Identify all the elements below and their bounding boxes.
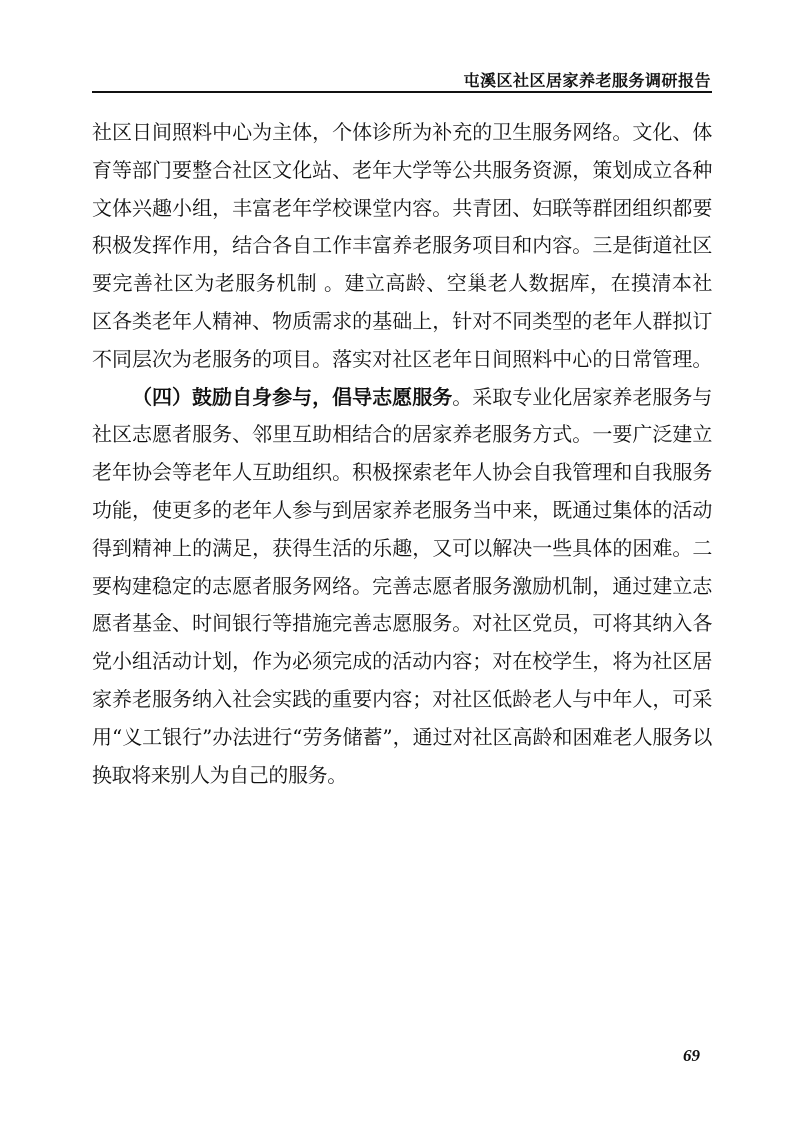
section-heading-line: （四）鼓励自身参与，倡导志愿服务。采取专业化居家养老服务与 [92,379,712,417]
text-line: 换取将来别人为自己的服务。 [92,757,712,795]
text-line: 功能，使更多的老年人参与到居家养老服务当中来，既通过集体的活动 [92,492,712,530]
heading-line-rest: 。采取专业化居家养老服务与 [452,385,712,409]
text-line: 得到精神上的满足，获得生活的乐趣，又可以解决一些具体的困难。二 [92,530,712,568]
text-line: 愿者基金、时间银行等措施完善志愿服务。对社区党员，可将其纳入各 [92,605,712,643]
text-line: 不同层次为老服务的项目。落实对社区老年日间照料中心的日常管理。 [92,341,712,379]
text-line: 文体兴趣小组，丰富老年学校课堂内容。共青团、妇联等群团组织都要 [92,190,712,228]
text-line: 区各类老年人精神、物质需求的基础上，针对不同类型的老年人群拟订 [92,303,712,341]
header-rule [92,91,712,93]
page-number: 69 [683,1046,700,1066]
text-line: 用“义工银行”办法进行“劳务储蓄”，通过对社区高龄和困难老人服务以 [92,719,712,757]
text-line: 要完善社区为老服务机制 。建立高龄、空巢老人数据库，在摸清本社 [92,265,712,303]
text-line: 积极发挥作用，结合各自工作丰富养老服务项目和内容。三是街道社区 [92,227,712,265]
text-line: 育等部门要整合社区文化站、老年大学等公共服务资源，策划成立各种 [92,152,712,190]
text-line: 老年协会等老年人互助组织。积极探索老年人协会自我管理和自我服务 [92,454,712,492]
text-line: 社区志愿者服务、邻里互助相结合的居家养老服务方式。一要广泛建立 [92,416,712,454]
text-line: 党小组活动计划，作为必须完成的活动内容；对在校学生，将为社区居 [92,643,712,681]
text-line: 家养老服务纳入社会实践的重要内容；对社区低龄老人与中年人，可采 [92,681,712,719]
text-line: 要构建稳定的志愿者服务网络。完善志愿者服务激励机制，通过建立志 [92,568,712,606]
running-header-title: 屯溪区社区居家养老服务调研报告 [463,68,711,91]
section-heading: （四）鼓励自身参与，倡导志愿服务 [132,385,452,409]
body-text: 社区日间照料中心为主体，个体诊所为补充的卫生服务网络。文化、体 育等部门要整合社… [92,114,712,794]
text-line: 社区日间照料中心为主体，个体诊所为补充的卫生服务网络。文化、体 [92,114,712,152]
